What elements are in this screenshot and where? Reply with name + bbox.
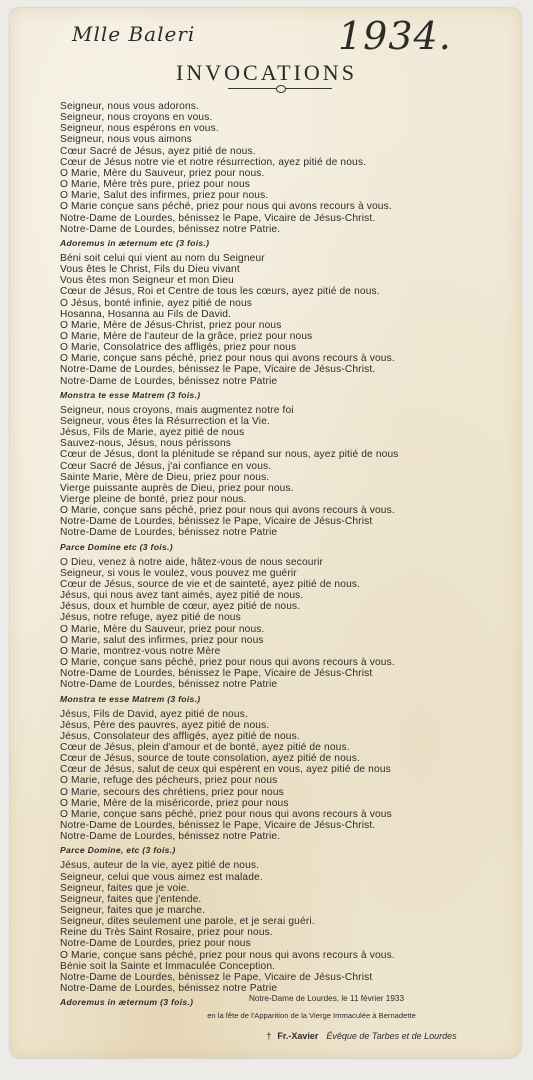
invocation-line: Cœur de Jésus, dont la plénitude se répa…	[60, 449, 480, 460]
invocation-line: Jésus, Fils de David, ayez pitié de nous…	[60, 709, 480, 720]
signatory-title: Évêque de Tarbes et de Lourdes	[326, 1031, 456, 1041]
invocation-line: Notre-Dame de Lourdes, bénissez notre Pa…	[60, 224, 480, 235]
invocation-line: Seigneur, faites que je voie.	[60, 883, 480, 894]
invocation-line: Notre-Dame de Lourdes, priez pour nous	[60, 938, 480, 949]
handwritten-name: Mlle Baleri	[72, 22, 195, 46]
invocation-line: Jésus, notre refuge, ayez pitié de nous	[60, 612, 480, 623]
section-response: Parce Domine, etc (3 fois.)	[60, 844, 480, 856]
invocation-line: Seigneur, nous vous adorons.	[60, 101, 480, 112]
invocation-line: O Marie, Mère de la miséricorde, priez p…	[60, 798, 480, 809]
invocation-line: O Marie, conçue sans péché, priez pour n…	[60, 505, 480, 516]
page-title: INVOCATIONS	[0, 60, 533, 86]
invocation-line: O Marie, conçue sans péché, priez pour n…	[60, 809, 480, 820]
invocation-line: Bénie soit la Sainte et Immaculée Concep…	[60, 961, 480, 972]
footer-signature: †Fr.-XavierÉvêque de Tarbes et de Lourde…	[95, 1031, 533, 1041]
invocation-line: Seigneur, nous vous aimons	[60, 134, 480, 145]
invocation-line: Vierge puissante auprès de Dieu, priez p…	[60, 483, 480, 494]
invocation-line: O Marie, conçue sans péché, priez pour n…	[60, 950, 480, 961]
section-response: Parce Domine etc (3 fois.)	[60, 541, 480, 553]
invocation-line: Seigneur, celui que vous aimez est malad…	[60, 872, 480, 883]
invocation-line: Notre-Dame de Lourdes, bénissez notre Pa…	[60, 983, 480, 994]
invocation-line: Notre-Dame de Lourdes, bénissez le Pape,…	[60, 820, 480, 831]
invocation-line: Seigneur, nous espérons en vous.	[60, 123, 480, 134]
invocation-line: O Marie, refuge des pécheurs, priez pour…	[60, 775, 480, 786]
invocation-line: O Marie, Mère de Jésus-Christ, priez pou…	[60, 320, 480, 331]
invocation-section: Jésus, auteur de la vie, ayez pitié de n…	[60, 860, 480, 1008]
invocation-line: O Marie, conçue sans péché, priez pour n…	[60, 353, 480, 364]
invocation-line: Jésus, doux et humble de cœur, ayez piti…	[60, 601, 480, 612]
invocation-line: Jésus, qui nous avez tant aimés, ayez pi…	[60, 590, 480, 601]
invocation-line: Seigneur, nous croyons en vous.	[60, 112, 480, 123]
invocation-line: Notre-Dame de Lourdes, bénissez le Pape,…	[60, 364, 480, 375]
invocation-line: Cœur de Jésus, plein d'amour et de bonté…	[60, 742, 480, 753]
invocation-section: Seigneur, nous croyons, mais augmentez n…	[60, 405, 480, 553]
section-response: Monstra te esse Matrem (3 fois.)	[60, 389, 480, 401]
invocation-line: Vous êtes mon Seigneur et mon Dieu	[60, 275, 480, 286]
invocation-line: Seigneur, faites que je marche.	[60, 905, 480, 916]
invocation-line: Jésus, auteur de la vie, ayez pitié de n…	[60, 860, 480, 871]
cross-icon: †	[266, 1031, 271, 1041]
invocation-line: O Marie, Mère du Sauveur, priez pour nou…	[60, 624, 480, 635]
invocation-line: Sainte Marie, Mère de Dieu, priez pour n…	[60, 472, 480, 483]
invocation-line: Cœur Sacré de Jésus, ayez pitié de nous.	[60, 146, 480, 157]
invocations-body: Seigneur, nous vous adorons. Seigneur, n…	[60, 101, 480, 1012]
ornament-icon	[276, 85, 286, 93]
signatory-name: Fr.-Xavier	[277, 1031, 318, 1041]
invocation-line: Seigneur, nous croyons, mais augmentez n…	[60, 405, 480, 416]
invocation-line: Notre-Dame de Lourdes, bénissez notre Pa…	[60, 527, 480, 538]
invocation-line: O Marie, Salut des infirmes, priez pour …	[60, 190, 480, 201]
footer-place-date: Notre-Dame de Lourdes, le 11 février 193…	[60, 994, 533, 1003]
invocation-line: Notre-Dame de Lourdes, bénissez notre Pa…	[60, 376, 480, 387]
handwritten-year: 1934.	[338, 14, 452, 58]
invocation-line: Seigneur, vous êtes la Résurrection et l…	[60, 416, 480, 427]
invocation-line: Cœur de Jésus, Roi et Centre de tous les…	[60, 286, 480, 297]
section-response: Monstra te esse Matrem (3 fois.)	[60, 693, 480, 705]
invocation-line: Cœur de Jésus, source de toute consolati…	[60, 753, 480, 764]
invocation-line: Notre-Dame de Lourdes, bénissez le Pape,…	[60, 668, 480, 679]
invocation-line: Notre-Dame de Lourdes, bénissez le Pape,…	[60, 516, 480, 527]
invocation-line: O Marie, secours des chrétiens, priez po…	[60, 787, 480, 798]
invocation-line: Cœur de Jésus, source de vie et de saint…	[60, 579, 480, 590]
invocation-line: O Marie, Mère de l'auteur de la grâce, p…	[60, 331, 480, 342]
invocation-line: O Marie, Mère très pure, priez pour nous	[60, 179, 480, 190]
invocation-section: Jésus, Fils de David, ayez pitié de nous…	[60, 709, 480, 857]
invocation-line: Notre-Dame de Lourdes, bénissez le Pape,…	[60, 213, 480, 224]
invocation-line: Sauvez-nous, Jésus, nous périssons	[60, 438, 480, 449]
invocation-line: Notre-Dame de Lourdes, bénissez le Pape,…	[60, 972, 480, 983]
invocation-section: Béni soit celui qui vient au nom du Seig…	[60, 253, 480, 401]
invocation-line: O Marie, Consolatrice des affligés, prie…	[60, 342, 480, 353]
invocation-line: Vierge pleine de bonté, priez pour nous.	[60, 494, 480, 505]
invocation-line: O Marie, Mère du Sauveur, priez pour nou…	[60, 168, 480, 179]
invocation-line: Jésus, Consolateur des affligés, ayez pi…	[60, 731, 480, 742]
invocation-line: Notre-Dame de Lourdes, bénissez notre Pa…	[60, 831, 480, 842]
invocation-line: Hosanna, Hosanna au Fils de David.	[60, 309, 480, 320]
invocation-line: Béni soit celui qui vient au nom du Seig…	[60, 253, 480, 264]
invocation-line: Vous êtes le Christ, Fils du Dieu vivant	[60, 264, 480, 275]
invocation-line: O Marie, salut des infirmes, priez pour …	[60, 635, 480, 646]
invocation-line: Seigneur, si vous le voulez, vous pouvez…	[60, 568, 480, 579]
invocation-line: Jésus, Fils de Marie, ayez pitié de nous	[60, 427, 480, 438]
invocation-line: Notre-Dame de Lourdes, bénissez notre Pa…	[60, 679, 480, 690]
invocation-line: O Marie, conçue sans péché, priez pour n…	[60, 657, 480, 668]
invocation-line: O Dieu, venez à notre aide, hâtez-vous d…	[60, 557, 480, 568]
invocation-line: Reine du Très Saint Rosaire, priez pour …	[60, 927, 480, 938]
invocation-line: Cœur de Jésus notre vie et notre résurre…	[60, 157, 480, 168]
invocation-line: Jésus, Père des pauvres, ayez pitié de n…	[60, 720, 480, 731]
invocation-line: O Jésus, bonté infinie, ayez pitié de no…	[60, 298, 480, 309]
invocation-section: O Dieu, venez à notre aide, hâtez-vous d…	[60, 557, 480, 705]
invocation-line: O Marie, montrez-vous notre Mère	[60, 646, 480, 657]
section-response: Adoremus in æternum etc (3 fois.)	[60, 237, 480, 249]
footer-occasion: en la fête de l'Apparition de la Vierge …	[45, 1011, 533, 1020]
invocation-section: Seigneur, nous vous adorons. Seigneur, n…	[60, 101, 480, 249]
invocation-line: Cœur de Jésus, salut de ceux qui espèren…	[60, 764, 480, 775]
invocation-line: Seigneur, dites seulement une parole, et…	[60, 916, 480, 927]
invocation-line: O Marie conçue sans péché, priez pour no…	[60, 201, 480, 212]
invocation-line: Seigneur, faites que j'entende.	[60, 894, 480, 905]
invocation-line: Cœur Sacré de Jésus, j'ai confiance en v…	[60, 461, 480, 472]
